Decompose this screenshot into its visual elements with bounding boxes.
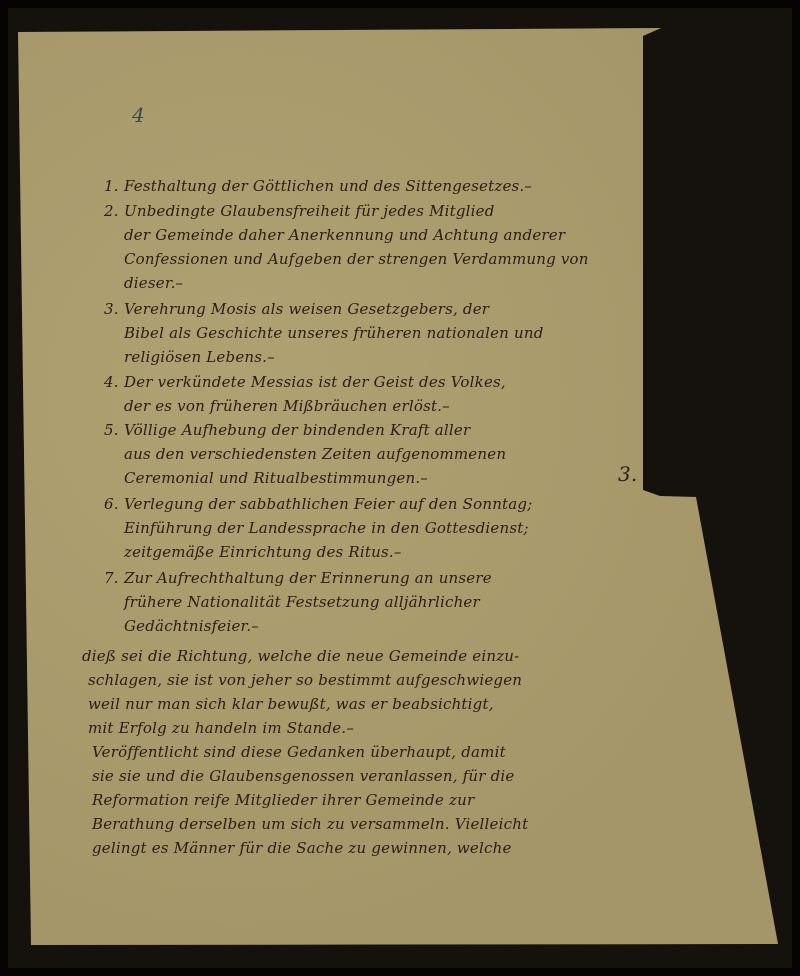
list-item-6: 6.Verlegung der sabbathlichen Feier auf …: [104, 492, 533, 564]
item-number: 7.: [104, 566, 124, 590]
folio-mark: 4: [132, 103, 145, 127]
item-number: 4.: [104, 370, 124, 394]
list-item-2: 2.Unbedingte Glaubensfreiheit für jedes …: [104, 199, 589, 295]
item-line: Zur Aufrechthaltung der Erinnerung an un…: [124, 569, 492, 587]
item-number: 1.: [104, 174, 124, 198]
paragraph-line: Reformation reife Mitglieder ihrer Gemei…: [82, 788, 528, 812]
paragraph-line: Veröffentlicht sind diese Gedanken überh…: [82, 740, 528, 764]
item-line: dieser.–: [104, 271, 589, 295]
item-line: Festhaltung der Göttlichen und des Sitte…: [124, 177, 532, 195]
item-line: der es von früheren Mißbräuchen erlöst.–: [104, 394, 506, 418]
item-line: frühere Nationalität Festsetzung alljähr…: [104, 590, 492, 614]
paragraph-1: dieß sei die Richtung, welche die neue G…: [82, 644, 522, 740]
item-line: religiösen Lebens.–: [104, 345, 544, 369]
margin-number: 3.: [618, 462, 637, 486]
item-line: Confessionen und Aufgeben der strengen V…: [104, 247, 589, 271]
item-line: Verlegung der sabbathlichen Feier auf de…: [124, 495, 533, 513]
paragraph-line: mit Erfolg zu handeln im Stande.–: [82, 716, 522, 740]
paragraph-line: weil nur man sich klar bewußt, was er be…: [82, 692, 522, 716]
list-item-5: 5.Völlige Aufhebung der bindenden Kraft …: [104, 418, 506, 490]
item-line: Der verkündete Messias ist der Geist des…: [124, 373, 506, 391]
item-line: Verehrung Mosis als weisen Gesetzgebers,…: [124, 300, 489, 318]
item-line: Unbedingte Glaubensfreiheit für jedes Mi…: [124, 202, 495, 220]
item-line: Völlige Aufhebung der bindenden Kraft al…: [124, 421, 470, 439]
item-number: 2.: [104, 199, 124, 223]
item-line: zeitgemäße Einrichtung des Ritus.–: [104, 540, 533, 564]
paragraph-line: dieß sei die Richtung, welche die neue G…: [82, 644, 522, 668]
item-line: Einführung der Landessprache in den Gott…: [104, 516, 533, 540]
item-number: 5.: [104, 418, 124, 442]
item-line: aus den verschiedensten Zeiten aufgenomm…: [104, 442, 506, 466]
paragraph-line: gelingt es Männer für die Sache zu gewin…: [82, 836, 528, 860]
item-line: Ceremonial und Ritualbestimmungen.–: [104, 466, 506, 490]
list-item-3: 3.Verehrung Mosis als weisen Gesetzgeber…: [104, 297, 544, 369]
list-item-4: 4.Der verkündete Messias ist der Geist d…: [104, 370, 506, 418]
list-item-7: 7.Zur Aufrechthaltung der Erinnerung an …: [104, 566, 492, 638]
paragraph-line: Berathung derselben um sich zu versammel…: [82, 812, 528, 836]
paragraph-line: sie sie und die Glaubensgenossen veranla…: [82, 764, 528, 788]
list-item-1: 1.Festhaltung der Göttlichen und des Sit…: [104, 174, 532, 198]
item-number: 6.: [104, 492, 124, 516]
item-line: Bibel als Geschichte unseres früheren na…: [104, 321, 544, 345]
item-line: Gedächtnisfeier.–: [104, 614, 492, 638]
item-line: der Gemeinde daher Anerkennung und Achtu…: [104, 223, 589, 247]
paragraph-2: Veröffentlicht sind diese Gedanken überh…: [82, 740, 528, 860]
item-number: 3.: [104, 297, 124, 321]
paragraph-line: schlagen, sie ist von jeher so bestimmt …: [82, 668, 522, 692]
